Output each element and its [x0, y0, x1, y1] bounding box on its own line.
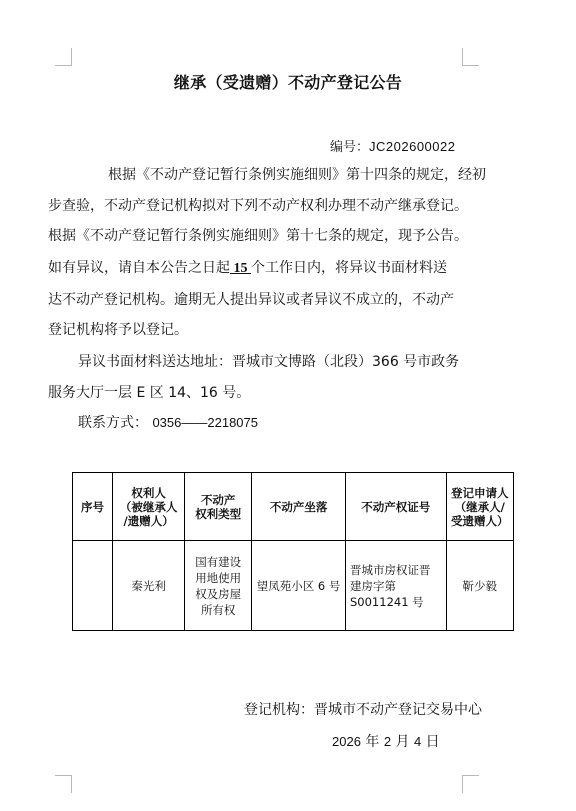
table-row: 秦光利 国有建设用地使用权及房屋所有权 望凤苑小区 6 号 晋城市房权证晋建房字… [73, 541, 514, 631]
paragraph-line: 根据《不动产登记暂行条例实施细则》第十四条的规定，经初 [78, 160, 526, 191]
page-corner-mark-bottom-right [462, 775, 479, 793]
cell-index [73, 541, 113, 631]
paragraph-line: 服务大厅一层 E 区 14、16 号。 [48, 378, 496, 409]
paragraph-line: 如有异议，请自本公告之日起 15 个工作日内，将异议书面材料送 [48, 253, 496, 285]
paragraph-line: 根据《不动产登记暂行条例实施细则》第十七条的规定，现予公告。 [48, 221, 526, 252]
header-applicant: 登记申请人（继承人/受遗赠人） [446, 473, 513, 541]
cell-location: 望凤苑小区 6 号 [252, 541, 346, 631]
contact-phone: 0356——2218075 [152, 415, 258, 430]
header-right-type: 不动产权利类型 [185, 473, 252, 541]
paragraph-line: 步查验，不动产登记机构拟对下列不动产权利办理不动产继承登记。 [48, 191, 526, 222]
cell-applicant: 靳少毅 [446, 541, 513, 631]
header-index: 序号 [73, 473, 113, 541]
contact-label: 联系方式： [78, 415, 148, 431]
date-month: 2 [384, 734, 391, 749]
date-year-unit: 年 [361, 734, 384, 750]
header-right-holder: 权利人（被继承人/遗赠人） [113, 473, 185, 541]
registration-table: 序号 权利人（被继承人/遗赠人） 不动产权利类型 不动产坐落 不动产权证号 登记… [72, 472, 514, 631]
objection-prefix: 如有异议，请自本公告之日起 [48, 260, 230, 276]
page-corner-mark-bottom-left [55, 775, 72, 793]
cell-certificate: 晋城市房权证晋建房字第S0011241 号 [346, 541, 447, 631]
paragraph-line: 登记机构将予以登记。 [48, 315, 496, 346]
date-day-unit: 日 [421, 734, 439, 750]
paragraph-line: 联系方式： 0356——2218075 [48, 408, 496, 439]
objection-days: 15 [230, 261, 251, 276]
paragraph-address: 异议书面材料送达地址：晋城市文博路（北段）366 号市政务 服务大厅一层 E 区… [48, 347, 496, 408]
cell-right-type: 国有建设用地使用权及房屋所有权 [185, 541, 252, 631]
serial-value: JC202600022 [369, 139, 455, 154]
header-location: 不动产坐落 [252, 473, 346, 541]
announcement-date: 2026 年 2 月 4 日 [332, 731, 440, 751]
organization-label: 登记机构： [244, 702, 314, 718]
serial-label: 编号： [330, 140, 369, 155]
cell-right-holder: 秦光利 [113, 541, 185, 631]
paragraph-legal-basis: 根据《不动产登记暂行条例实施细则》第十四条的规定，经初 步查验，不动产登记机构拟… [78, 160, 526, 252]
header-certificate: 不动产权证号 [346, 473, 447, 541]
document-title: 继承（受遗赠）不动产登记公告 [0, 70, 576, 93]
paragraph-line: 异议书面材料送达地址：晋城市文博路（北段）366 号市政务 [48, 347, 496, 378]
registration-organization: 登记机构：晋城市不动产登记交易中心 [244, 699, 482, 719]
date-month-unit: 月 [391, 734, 414, 750]
table-header-row: 序号 权利人（被继承人/遗赠人） 不动产权利类型 不动产坐落 不动产权证号 登记… [73, 473, 514, 541]
page-corner-mark-top-right [462, 48, 479, 66]
paragraph-line: 达不动产登记机构。逾期无人提出异议或者异议不成立的，不动产 [48, 285, 496, 316]
page-corner-mark-top-left [55, 48, 72, 66]
organization-name: 晋城市不动产登记交易中心 [314, 702, 482, 718]
paragraph-objection: 如有异议，请自本公告之日起 15 个工作日内，将异议书面材料送 达不动产登记机构… [48, 253, 496, 346]
serial-number: 编号：JC202600022 [330, 136, 455, 155]
objection-suffix: 个工作日内，将异议书面材料送 [251, 260, 447, 276]
date-year: 2026 [332, 734, 361, 749]
contact-info: 联系方式： 0356——2218075 [48, 408, 496, 439]
